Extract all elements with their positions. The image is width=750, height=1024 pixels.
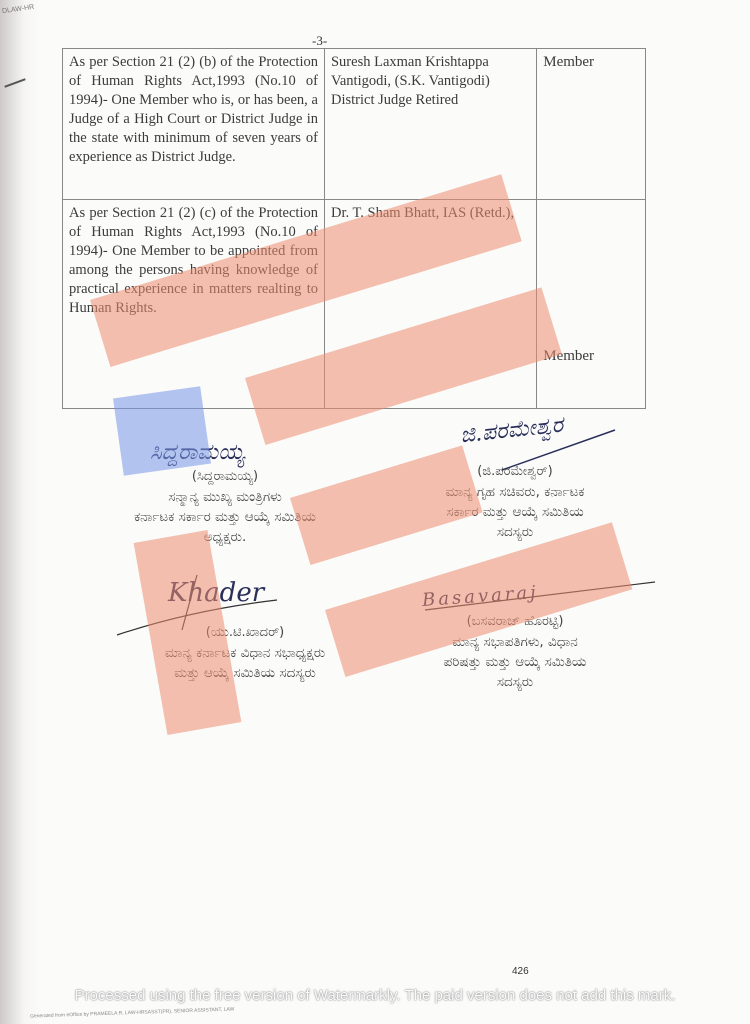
signatory-name: (ಬಸವರಾಜ್ ಹೊರಟ್ಟಿ) — [380, 612, 650, 632]
signatory-title-line: ಮಾನ್ಯ ಕರ್ನಾಟಕ ವಿಧಾನ ಸಭಾಧ್ಯಕ್ಷರು — [95, 643, 395, 663]
signatory-block-2: (ಜಿ.ಪರಮೇಶ್ವರ್) ಮಾನ್ಯ ಗೃಹ ಸಚಿವರು, ಕರ್ನಾಟಕ… — [380, 462, 650, 542]
watermark-text: Processed using the free version of Wate… — [0, 987, 750, 1004]
provision-cell: As per Section 21 (2) (c) of the Protect… — [63, 200, 325, 409]
signatory-title-line: ಮತ್ತು ಆಯ್ಕೆ ಸಮಿತಿಯ ಸದಸ್ಯರು — [95, 663, 395, 683]
signature-2: ಜಿ.ಪರಮೇಶ್ವರ — [459, 413, 564, 449]
signatory-title-line: ಮಾನ್ಯ ಸಭಾಪತಿಗಳು, ವಿಧಾನ — [380, 632, 650, 652]
committee-members-table: As per Section 21 (2) (b) of the Protect… — [62, 48, 646, 409]
signatory-title-line: ಸದಸ್ಯರು — [380, 672, 650, 692]
scan-edge-shadow — [0, 0, 40, 1024]
signatory-title-line: ಕರ್ನಾಟಕ ಸರ್ಕಾರ ಮತ್ತು ಆಯ್ಕೆ ಸಮಿತಿಯ — [70, 507, 380, 527]
role-cell: Member — [537, 49, 646, 200]
role-cell: Member — [537, 200, 646, 409]
page-label-top: -3- — [312, 33, 327, 49]
signatory-title-line: ಸರ್ಕಾರ ಮತ್ತು ಆಯ್ಕೆ ಸಮಿತಿಯ — [380, 502, 650, 522]
provision-cell: As per Section 21 (2) (b) of the Protect… — [63, 49, 325, 200]
signature-1: ಸಿದ್ದರಾಮಯ್ಯ — [150, 440, 245, 465]
member-name-cell: Suresh Laxman Krishtappa Vantigodi, (S.K… — [324, 49, 536, 200]
signatory-name: (ಜಿ.ಪರಮೇಶ್ವರ್) — [380, 462, 650, 482]
signatory-block-3: (ಯು.ಟಿ.ಖಾದರ್) ಮಾನ್ಯ ಕರ್ನಾಟಕ ವಿಧಾನ ಸಭಾಧ್ಯ… — [95, 623, 395, 683]
signatory-title-line: ಸನ್ಮಾನ್ಯ ಮುಖ್ಯ ಮಂತ್ರಿಗಳು — [70, 487, 380, 507]
signatory-title-line: ಅಧ್ಯಕ್ಷರು. — [70, 527, 380, 547]
signatory-title-line: ಸದಸ್ಯರು — [380, 522, 650, 542]
table-row: As per Section 21 (2) (c) of the Protect… — [63, 200, 646, 409]
signatory-name: (ಯು.ಟಿ.ಖಾದರ್) — [95, 623, 395, 643]
signatory-title-line: ಮಾನ್ಯ ಗೃಹ ಸಚಿವರು, ಕರ್ನಾಟಕ — [380, 482, 650, 502]
table-row: As per Section 21 (2) (b) of the Protect… — [63, 49, 646, 200]
footer-generated-text: Generated from eOffice by PRAMEELA R, LA… — [30, 1006, 235, 1019]
signatory-name: (ಸಿದ್ದರಾಮಯ್ಯ) — [70, 467, 380, 487]
page-number-bottom: 426 — [512, 966, 529, 977]
member-name-cell: Dr. T. Sham Bhatt, IAS (Retd.), — [324, 200, 536, 409]
signature-3: Khader — [168, 578, 264, 608]
signatory-title-line: ಪರಿಷತ್ತು ಮತ್ತು ಆಯ್ಕೆ ಸಮಿತಿಯ — [380, 652, 650, 672]
signatory-block-4: (ಬಸವರಾಜ್ ಹೊರಟ್ಟಿ) ಮಾನ್ಯ ಸಭಾಪತಿಗಳು, ವಿಧಾನ… — [380, 612, 650, 692]
signatory-block-1: (ಸಿದ್ದರಾಮಯ್ಯ) ಸನ್ಮಾನ್ಯ ಮುಖ್ಯ ಮಂತ್ರಿಗಳು ಕ… — [70, 467, 380, 547]
signature-4: Basavaraj — [421, 582, 539, 611]
